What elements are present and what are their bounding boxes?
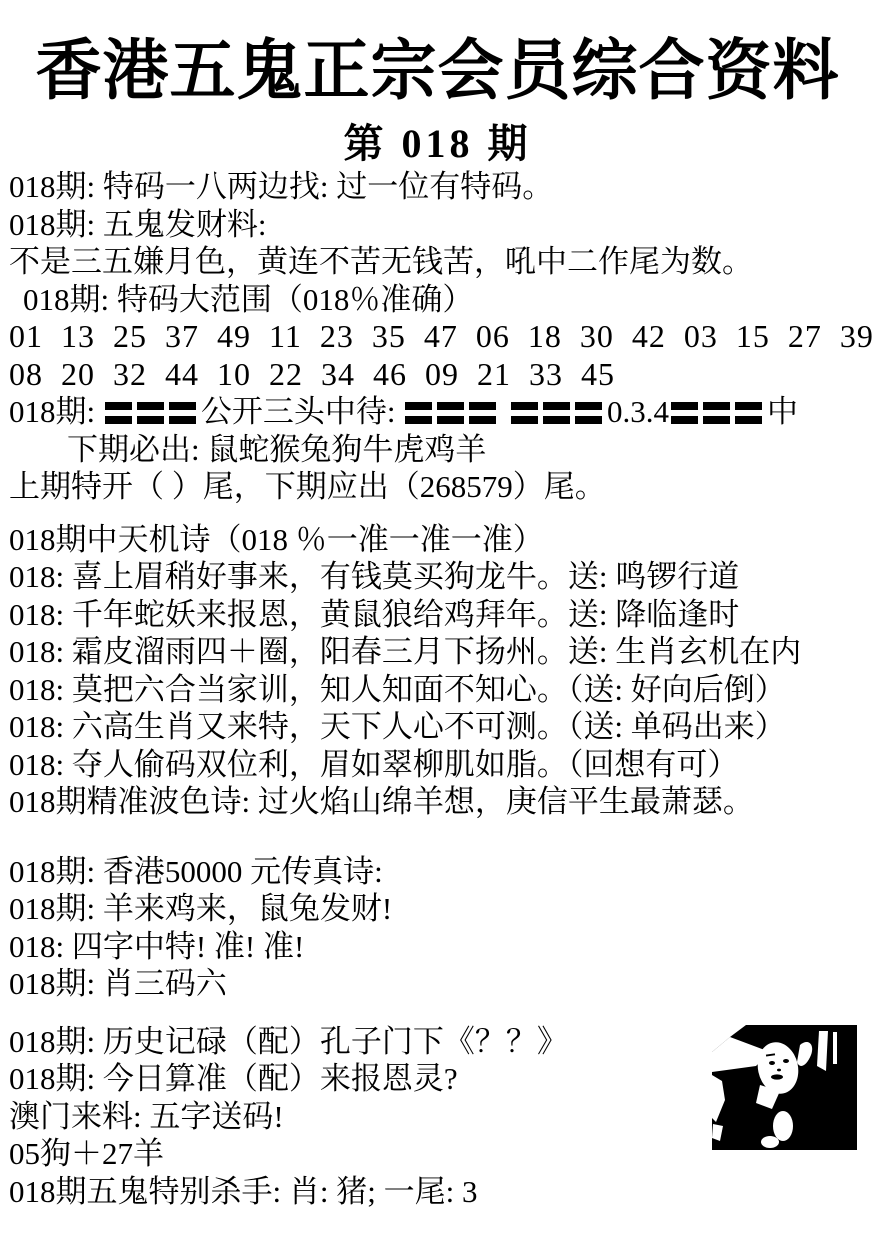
next-issue-zodiac: 下期必出: 鼠蛇猴兔狗牛虎鸡羊 (9, 431, 871, 469)
tail-prediction: 上期特开（ ）尾，下期应出（268579）尾。 (9, 468, 871, 506)
bars-line-text (501, 394, 509, 429)
bars-line-text: 0.3.4 (607, 394, 669, 429)
double-bar-icon (543, 402, 570, 424)
special-code-hint: 018期: 特码一八两边找: 过一位有特码。 (9, 168, 871, 206)
double-bar-icon (511, 402, 538, 424)
range-header: 018期: 特码大范围（018％准确） (9, 281, 871, 319)
bars-line-text: 公开三头中待: (201, 394, 403, 429)
bars-line-text: 018期: (9, 394, 103, 429)
special-numbers-row-1: 01 13 25 37 49 11 23 35 47 06 18 30 42 0… (9, 318, 871, 356)
xiao-three-code-six-line: 018期: 肖三码六 (9, 965, 871, 1003)
tianji-poem-line-5: 018: 六高生肖又来特，天下人心不可测。（送: 单码出来） (9, 708, 871, 746)
double-bar-icon (137, 402, 164, 424)
fax-poem-header: 018期: 香港50000 元传真诗: (9, 853, 871, 891)
double-bar-icon (437, 402, 464, 424)
tianji-poem-line-1: 018: 喜上眉稍好事来，有钱莫买狗龙牛。送: 鸣锣行道 (9, 558, 871, 596)
portrait-photo (712, 1025, 857, 1150)
special-killer-line: 018期五鬼特别杀手: 肖: 猪; 一尾: 3 (9, 1173, 871, 1211)
double-bar-icon (469, 402, 496, 424)
page-title: 香港五鬼正宗会员综合资料 (4, 22, 871, 122)
triple-bar-symbol (405, 402, 496, 424)
triple-bar-symbol (105, 402, 196, 424)
page: 香港五鬼正宗会员综合资料 第 018 期 018期: 特码一八两边找: 过一位有… (0, 0, 875, 1238)
bars-line-text: 中 (767, 394, 798, 429)
tianji-poem-line-2: 018: 千年蛇妖来报恩，黄鼠狼给鸡拜年。送: 降临逢时 (9, 596, 871, 634)
double-bar-icon (575, 402, 602, 424)
three-heads-line: 018期: 公开三头中待: 0.3.4中 (9, 393, 871, 431)
double-bar-icon (405, 402, 432, 424)
four-char-special-line: 018: 四字中特! 准! 准! (9, 928, 871, 966)
wugui-fortune-header: 018期: 五鬼发财料: (9, 206, 871, 244)
tianji-poem-line-4: 018: 莫把六合当家训，知人知面不知心。（送: 好向后倒） (9, 671, 871, 709)
wugui-fortune-verse: 不是三五嫌月色，黄连不苦无钱苦，吼中二作尾为数。 (9, 243, 871, 281)
bose-poem-line: 018期精准波色诗: 过火焰山绵羊想，庚信平生最萧瑟。 (9, 783, 871, 821)
double-bar-icon (671, 402, 698, 424)
special-numbers-row-2: 08 20 32 44 10 22 34 46 09 21 33 45 (9, 356, 871, 394)
double-bar-icon (735, 402, 762, 424)
tianji-poem-line-3: 018: 霜皮溜雨四＋圈，阳春三月下扬州。送: 生肖玄机在内 (9, 633, 871, 671)
fax-poem-line: 018期: 羊来鸡来，鼠兔发财! (9, 890, 871, 928)
tianji-poem-header: 018期中天机诗（018 ％一准一准一准） (9, 521, 871, 559)
issue-number: 第 018 期 (0, 122, 875, 166)
portrait-photo-graphic (712, 1025, 857, 1150)
double-bar-icon (169, 402, 196, 424)
triple-bar-symbol (511, 402, 602, 424)
double-bar-icon (703, 402, 730, 424)
triple-bar-symbol (671, 402, 762, 424)
double-bar-icon (105, 402, 132, 424)
tianji-poem-line-6: 018: 夺人偷码双位利，眉如翠柳肌如脂。（回想有可） (9, 746, 871, 784)
